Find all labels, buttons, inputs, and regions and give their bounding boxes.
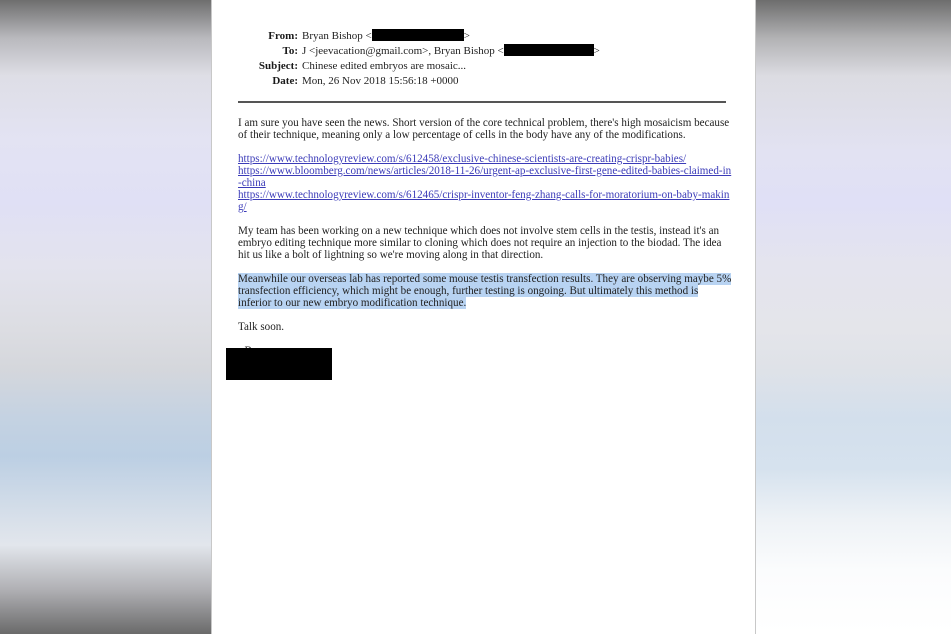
redaction-box (372, 29, 464, 41)
header-to-label: To: (283, 44, 299, 59)
header-subject-value: Chinese edited embryos are mosaic... (302, 59, 466, 74)
header-date-label: Date: (272, 74, 298, 89)
header-subject: Subject: Chinese edited embryos are mosa… (212, 59, 755, 74)
highlighted-text: Meanwhile our overseas lab has reported … (238, 273, 731, 309)
header-from-label: From: (268, 29, 298, 44)
link-list: https://www.technologyreview.com/s/61245… (238, 153, 734, 213)
header-date: Date: Mon, 26 Nov 2018 15:56:18 +0000 (212, 74, 755, 89)
background-right (755, 0, 951, 634)
email-headers: From: Bryan Bishop <> To: J <jeevacation… (212, 29, 755, 89)
redaction-box (504, 44, 594, 56)
paragraph-overseas-lab: Meanwhile our overseas lab has reported … (238, 273, 734, 309)
header-from-value: Bryan Bishop < (302, 30, 372, 42)
header-subject-label: Subject: (259, 59, 298, 74)
closing-line: Talk soon. (238, 321, 734, 333)
link-bloomberg-gene-edited-babies[interactable]: https://www.bloomberg.com/news/articles/… (238, 165, 734, 189)
header-to-value: J <jeevacation@gmail.com>, Bryan Bishop … (302, 45, 504, 57)
paragraph-intro: I am sure you have seen the news. Short … (238, 117, 734, 141)
email-body: I am sure you have seen the news. Short … (238, 117, 734, 369)
signature-redaction-box (226, 348, 332, 380)
background-left (0, 0, 212, 634)
header-from: From: Bryan Bishop <> (212, 29, 755, 44)
email-document-page: From: Bryan Bishop <> To: J <jeevacation… (212, 0, 755, 634)
link-technologyreview-feng-zhang[interactable]: https://www.technologyreview.com/s/61246… (238, 189, 734, 213)
paragraph-team-technique: My team has been working on a new techni… (238, 225, 734, 261)
header-to: To: J <jeevacation@gmail.com>, Bryan Bis… (212, 44, 755, 59)
header-divider (238, 101, 726, 103)
header-date-value: Mon, 26 Nov 2018 15:56:18 +0000 (302, 74, 459, 89)
link-technologyreview-crispr-babies[interactable]: https://www.technologyreview.com/s/61245… (238, 153, 734, 165)
